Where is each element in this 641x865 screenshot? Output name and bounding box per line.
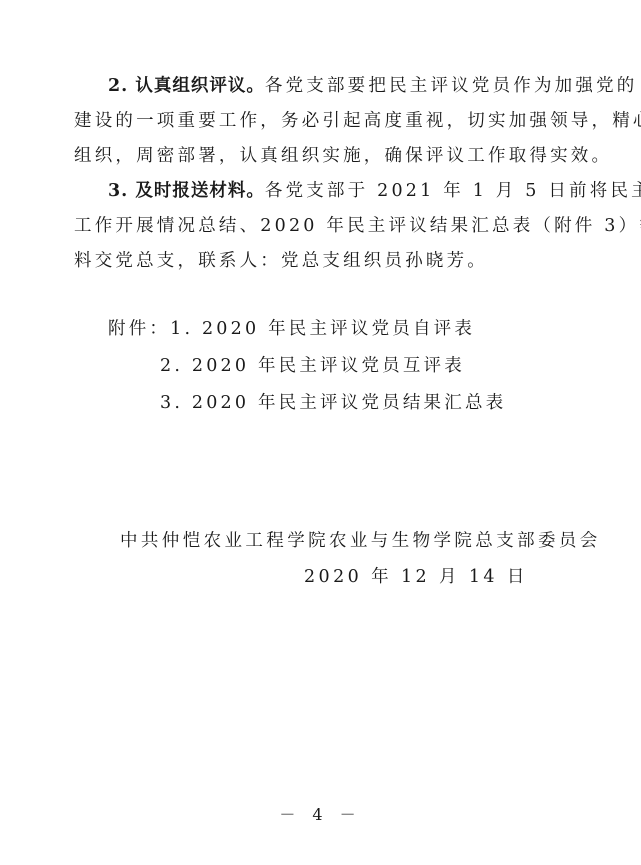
attachment-item-3: 3. 2020 年民主评议党员结果汇总表 bbox=[160, 392, 641, 414]
section-3-text: 各党支部于 2021 年 1 月 5 日前将民主评议 bbox=[265, 181, 641, 201]
section-2-line-1: 2. 认真组织评议。各党支部要把民主评议党员作为加强党的 bbox=[108, 75, 608, 97]
section-3-line-1: 3. 及时报送材料。各党支部于 2021 年 1 月 5 日前将民主评议 bbox=[108, 180, 608, 202]
section-2-line-3: 组织，周密部署，认真组织实施，确保评议工作取得实效。 bbox=[74, 145, 574, 167]
signature-organization: 中共仲恺农业工程学院农业与生物学院总支部委员会 bbox=[120, 530, 620, 552]
document-page: 2. 认真组织评议。各党支部要把民主评议党员作为加强党的 建设的一项重要工作，务… bbox=[0, 0, 641, 865]
section-3-line-3: 料交党总支，联系人：党总支组织员孙晓芳。 bbox=[74, 250, 574, 272]
page-number: － 4 － bbox=[0, 802, 641, 825]
section-2-heading: 2. 认真组织评议。 bbox=[108, 76, 265, 96]
section-2-text: 各党支部要把民主评议党员作为加强党的 bbox=[265, 76, 638, 96]
attachment-item-1: 1. 2020 年民主评议党员自评表 bbox=[170, 319, 475, 339]
section-3-heading: 3. 及时报送材料。 bbox=[108, 181, 265, 201]
attachment-item-2: 2. 2020 年民主评议党员互评表 bbox=[160, 355, 641, 377]
section-3-line-2: 工作开展情况总结、2020 年民主评议结果汇总表（附件 3）等材 bbox=[74, 215, 574, 237]
signature-date: 2020 年 12 月 14 日 bbox=[304, 566, 641, 588]
attachments-block: 附件：1. 2020 年民主评议党员自评表 bbox=[108, 318, 608, 340]
attachments-label: 附件： bbox=[108, 319, 170, 339]
section-2-line-2: 建设的一项重要工作，务必引起高度重视，切实加强领导，精心 bbox=[74, 110, 574, 132]
